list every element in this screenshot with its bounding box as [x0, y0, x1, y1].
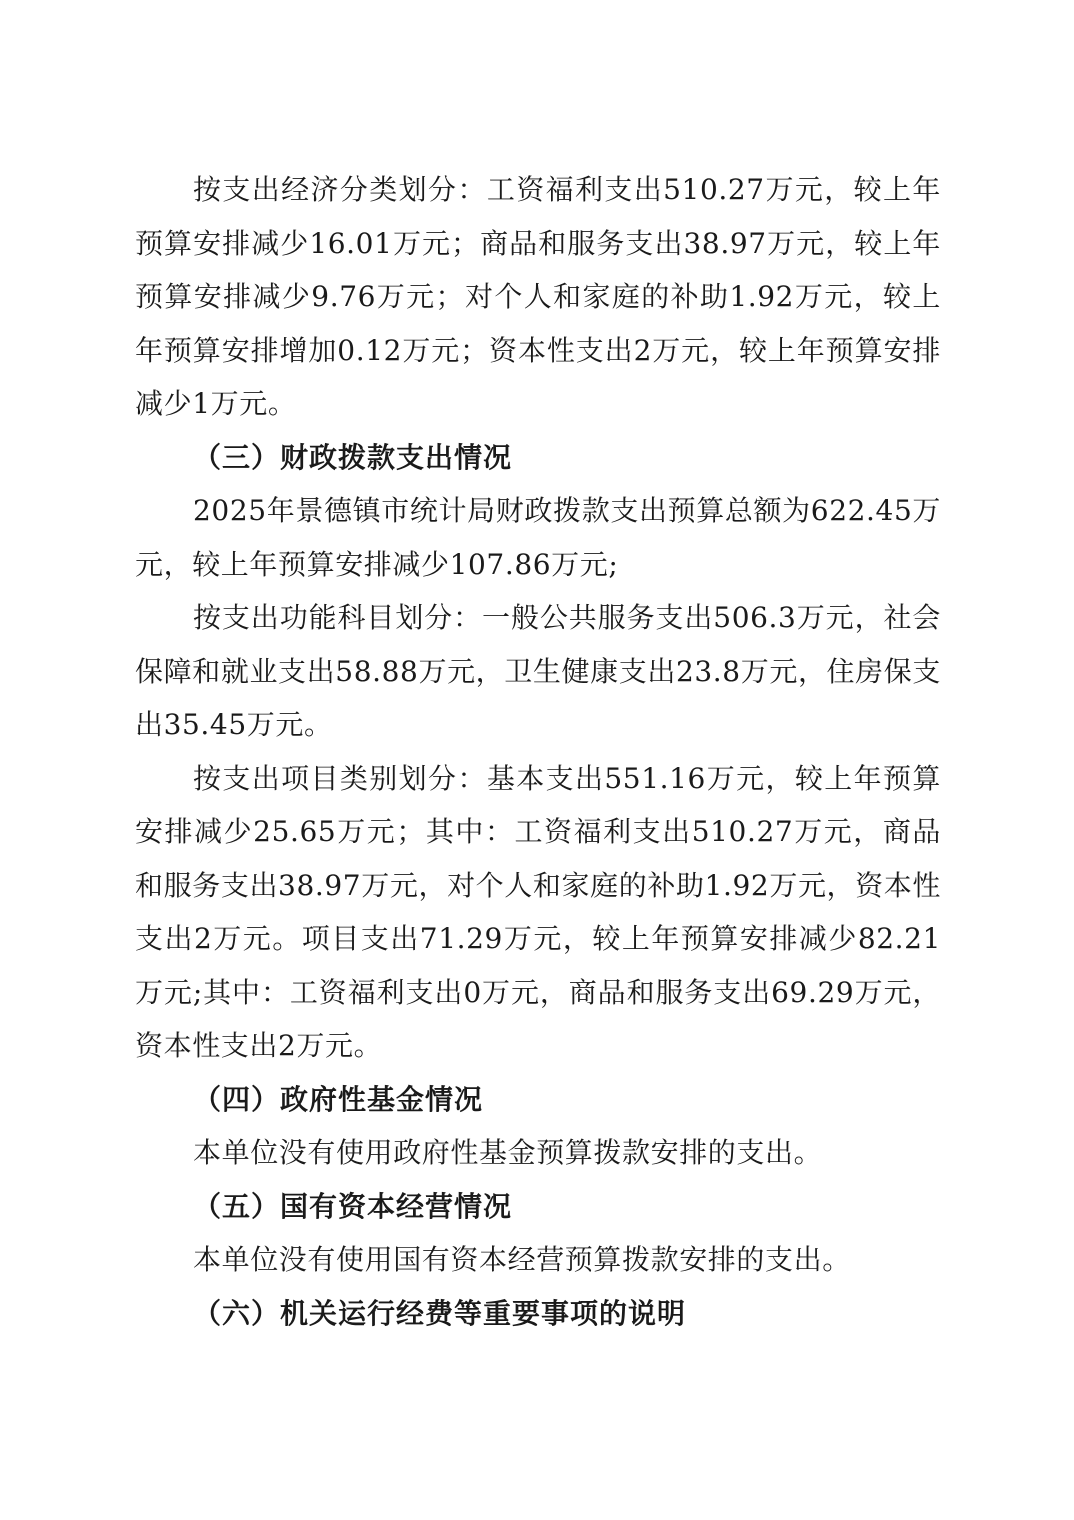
paragraph-economic-classification: 按支出经济分类划分：工资福利支出510.27万元，较上年预算安排减少16.01万…	[135, 163, 941, 431]
paragraph-government-funds: 本单位没有使用政府性基金预算拨款安排的支出。	[135, 1126, 941, 1180]
paragraph-total-fiscal-budget: 2025年景德镇市统计局财政拨款支出预算总额为622.45万元，较上年预算安排减…	[135, 484, 941, 591]
document-page: 按支出经济分类划分：工资福利支出510.27万元，较上年预算安排减少16.01万…	[135, 163, 941, 1340]
paragraph-project-classification: 按支出项目类别划分：基本支出551.16万元，较上年预算安排减少25.65万元；…	[135, 752, 941, 1073]
section-heading-operating-expenses: （六）机关运行经费等重要事项的说明	[135, 1287, 941, 1341]
section-heading-government-funds: （四）政府性基金情况	[135, 1073, 941, 1127]
section-heading-state-capital: （五）国有资本经营情况	[135, 1180, 941, 1234]
paragraph-functional-classification: 按支出功能科目划分：一般公共服务支出506.3万元，社会保障和就业支出58.88…	[135, 591, 941, 752]
paragraph-state-capital: 本单位没有使用国有资本经营预算拨款安排的支出。	[135, 1233, 941, 1287]
section-heading-fiscal-appropriation: （三）财政拨款支出情况	[135, 431, 941, 485]
